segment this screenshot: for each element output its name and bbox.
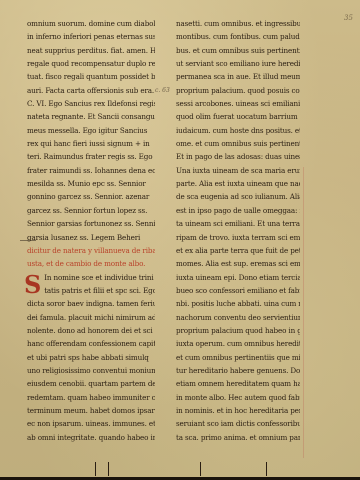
text-line: hanc offerendam confessionem capitis sci…	[27, 337, 155, 350]
text-line: meus messella. Ego igitur Sancius	[27, 124, 155, 137]
text-line: et cum omnibus pertinentiis que michi de…	[176, 351, 300, 364]
line-text: nachorum conventu deo servientium meum	[176, 313, 300, 322]
text-line: usta, et de cambio de monte albo.	[27, 257, 155, 270]
line-text: tuat. fisco regali quantum possidet blas…	[27, 72, 155, 81]
line-text: omnium suorum. domine cum diabolo	[27, 19, 155, 28]
folio-number: 35	[344, 14, 353, 22]
line-text: Una iuxta uineam de sca maria eruniua	[176, 166, 300, 175]
text-line: et ex alia parte terra que fuit de petro	[176, 244, 300, 257]
text-line: proprium palacium. quod posuis confessi	[176, 84, 300, 97]
line-text: iuxta operum. cum omnibus hereditatibus.	[176, 339, 300, 348]
text-line: et ubi patri sps habe abbati simulq	[27, 351, 155, 364]
text-line: bus. et cum omnibus suis pertinentiis.	[176, 44, 300, 57]
text-line: Et in pago de las adosas: duas uineas.	[176, 150, 300, 163]
line-text: montibus. cum fontibus. cum paludi	[176, 32, 300, 41]
text-line: rex qui hanc fieri iussi signum + in	[27, 137, 155, 150]
text-line: omnium suorum. domine cum diabolo	[27, 17, 155, 30]
text-line: C. VI. Ego Sancius rex Ildefonsi regis	[27, 97, 155, 110]
descender-stroke	[200, 462, 201, 476]
line-text: dei famula. placuit michi nimirum adsoqu…	[27, 313, 155, 322]
text-line: permanea sca in aue. Et illud meum	[176, 70, 300, 83]
line-text: gonnino garcez ss. Sennior. azenar	[27, 192, 149, 201]
left-column: omnium suorum. domine cum diaboloin infe…	[27, 17, 155, 444]
line-text: Sennior garsias fortunonez ss. Sennior	[27, 219, 155, 228]
line-text: nasetti. cum omnibus. et ingressibus. et	[176, 19, 300, 28]
text-line: eiusdem cenobii. quartam partem de	[27, 377, 155, 390]
line-text: C. VI. Ego Sancius rex Ildefonsi regis	[27, 99, 155, 108]
line-text: garsia lusanez ss. Legem Beheri	[27, 233, 140, 242]
text-line: de sca eugenia ad sco iulianum. Alia	[176, 190, 300, 203]
line-text: ab omni integritate. quando habeo in	[27, 433, 155, 442]
line-text: nateta regnante. Et Sancii consanguineo	[27, 112, 155, 121]
line-text: hanc offerendam confessionem capitis sci…	[27, 339, 155, 348]
text-line: mesilda ss. Munio epc ss. Sennior	[27, 177, 155, 190]
text-line: nbi. positis luche abbati. uina cum ma	[176, 297, 300, 310]
line-text: nbi. positis luche abbati. uina cum ma	[176, 299, 300, 308]
text-line: nasetti. cum omnibus. et ingressibus. et	[176, 17, 300, 30]
text-line: gonnino garcez ss. Sennior. azenar	[27, 190, 155, 203]
text-line: SIn nomine sce et individue trini	[27, 271, 155, 284]
text-line: dicitur de natera y villanueva de ribas	[27, 244, 155, 257]
text-line: ut serviant sco emiliano iure hereditari…	[176, 57, 300, 70]
text-line: momes. Alia est sup. eremas sci emilian:	[176, 257, 300, 270]
line-text: tatis patris et filii et spc sci. Ego qu…	[44, 286, 155, 295]
line-text: bus. et cum omnibus suis pertinentiis.	[176, 46, 300, 55]
line-text: est in ipso pago de ualle omeggaa: iux	[176, 206, 300, 215]
text-line: garcez ss. Sennior fortun lopez ss.	[27, 204, 155, 217]
line-text: in monte albo. Hec autem quod fabrica	[176, 393, 300, 402]
line-text: proprium palacium quod habeo in galliner…	[176, 326, 300, 335]
text-line: nateta regnante. Et Sancii consanguineo	[27, 110, 155, 123]
text-line: quod olim fuerat uocatum barrium	[176, 110, 300, 123]
line-text: In nomine sce et individue trini	[44, 273, 153, 282]
text-line: parte. Alia est iuxta uineam que naoit	[176, 177, 300, 190]
line-text: meus messella. Ego igitur Sancius	[27, 126, 147, 135]
text-line: iuxta operum. cum omnibus hereditatibus.	[176, 337, 300, 350]
descender-stroke	[266, 462, 267, 476]
text-line: tatis patris et filii et spc sci. Ego qu…	[44, 284, 155, 297]
text-line: terminum meum. habet domos ipsarum	[27, 404, 155, 417]
line-text: Et in pago de las adosas: duas uineas.	[176, 152, 300, 161]
line-text: sessi arcobones. uineas sci emiliani.	[176, 99, 300, 108]
line-text: proprium palacium. quod posuis confessi	[176, 86, 300, 95]
line-text: eiusdem cenobii. quartam partem de	[27, 379, 155, 388]
text-line: in inferno inferiori penas eternas susti	[27, 30, 155, 43]
line-text: in nominis. et in hoc hereditaria perme	[176, 406, 300, 415]
text-line: teri. Raimundus frater regis ss. Ego	[27, 150, 155, 163]
text-line: neat supprius perditus. fiat. amen. Hunc	[27, 44, 155, 57]
line-text: rex qui hanc fieri iussi signum + in	[27, 139, 150, 148]
text-line: regale quod recompensatur duplo resti	[27, 57, 155, 70]
decorated-initial: S	[24, 273, 41, 297]
line-text: permanea sca in aue. Et illud meum	[176, 72, 300, 81]
line-text: tur hereditario habere genuens. Dono	[176, 366, 300, 375]
line-text: seruiant sco iam dictis confessoribus. p…	[176, 419, 300, 428]
text-line: dei famula. placuit michi nimirum adsoqu…	[27, 311, 155, 324]
text-line: tuat. fisco regali quantum possidet blas…	[27, 70, 155, 83]
line-text: parte. Alia est iuxta uineam que naoit	[176, 179, 300, 188]
line-text: frater raimundi ss. Iohannes dena ec	[27, 166, 155, 175]
line-text: uno religiosissimo conventui monium	[27, 366, 155, 375]
text-line: etiam omnem hereditatem quam habeo	[176, 377, 300, 390]
line-text: et cum omnibus pertinentiis que michi de…	[176, 353, 300, 362]
text-line: ab omni integritate. quando habeo in	[27, 431, 155, 444]
line-text: momes. Alia est sup. eremas sci emilian:	[176, 259, 300, 268]
text-line: iudaicum. cum hoste dns positus. et cui	[176, 124, 300, 137]
line-text: regale quod recompensatur duplo resti	[27, 59, 155, 68]
line-text: quod olim fuerat uocatum barrium	[176, 112, 298, 121]
text-line: ta uineam sci emiliani. Et una terra sub…	[176, 217, 300, 230]
text-line: ripam de trovo. iuxta terram sci emilian…	[176, 231, 300, 244]
line-text: de sca eugenia ad sco iulianum. Alia	[176, 192, 300, 201]
line-text: ec non ipsarum. uineas. immunes. et terr…	[27, 419, 155, 428]
line-text: teri. Raimundus frater regis ss. Ego	[27, 152, 152, 161]
text-line: nolente. dono ad honorem dei et sci eius	[27, 324, 155, 337]
text-line: est in ipso pago de ualle omeggaa: iux	[176, 204, 300, 217]
text-line: Una iuxta uineam de sca maria eruniua	[176, 164, 300, 177]
text-line: ec non ipsarum. uineas. immunes. et terr…	[27, 417, 155, 430]
line-text: garcez ss. Sennior fortun lopez ss.	[27, 206, 147, 215]
line-text: iuxta uineam epi. Dono etiam tercia	[176, 273, 300, 282]
line-text: ome. et cum omnibus suis pertinentiis.	[176, 139, 300, 148]
text-line: garsia lusanez ss. Legem Beheri	[27, 231, 155, 244]
text-line: dicta soror baev indigna. tamen feriuge	[27, 297, 155, 310]
line-text: neat supprius perditus. fiat. amen. Hunc	[27, 46, 155, 55]
text-line: frater raimundi ss. Iohannes dena ec	[27, 164, 155, 177]
manuscript-page: 35 c. 63 omnium suorum. domine cum diabo…	[0, 0, 360, 480]
text-line: bueo sco confessori emiliano et fabrica,…	[176, 284, 300, 297]
line-text: usta, et de cambio de monte albo.	[27, 259, 145, 268]
text-line: Sennior garsias fortunonez ss. Sennior	[27, 217, 155, 230]
line-text: iudaicum. cum hoste dns positus. et cui	[176, 126, 300, 135]
right-column: nasetti. cum omnibus. et ingressibus. et…	[176, 17, 300, 444]
line-text: auri. Facta carta offersionis sub era. M…	[27, 86, 155, 95]
text-line: seruiant sco iam dictis confessoribus. p…	[176, 417, 300, 430]
line-text: nolente. dono ad honorem dei et sci eius	[27, 326, 155, 335]
text-line: iuxta uineam epi. Dono etiam tercia	[176, 271, 300, 284]
text-line: nachorum conventu deo servientium meum	[176, 311, 300, 324]
line-text: et ubi patri sps habe abbati simulq	[27, 353, 149, 362]
line-text: bueo sco confessori emiliano et fabrica,…	[176, 286, 300, 295]
line-text: mesilda ss. Munio epc ss. Sennior	[27, 179, 146, 188]
text-line: in nominis. et in hoc hereditaria perme	[176, 404, 300, 417]
text-line: uno religiosissimo conventui monium	[27, 364, 155, 377]
text-line: in monte albo. Hec autem quod fabrica	[176, 391, 300, 404]
line-text: in inferno inferiori penas eternas susti	[27, 32, 155, 41]
text-line: sessi arcobones. uineas sci emiliani.	[176, 97, 300, 110]
line-text: ripam de trovo. iuxta terram sci emilian…	[176, 233, 300, 242]
text-line: redemtam. quam habeo immuniter cepa	[27, 391, 155, 404]
text-line: tur hereditario habere genuens. Dono	[176, 364, 300, 377]
line-text: redemtam. quam habeo immuniter cepa	[27, 393, 155, 402]
line-text: terminum meum. habet domos ipsarum	[27, 406, 155, 415]
line-text: ta sca. primo anima. et omnium parentum	[176, 433, 300, 442]
text-line: ta sca. primo anima. et omnium parentum	[176, 431, 300, 444]
text-line: auri. Facta carta offersionis sub era. M…	[27, 84, 155, 97]
line-text: ut serviant sco emiliano iure hereditari…	[176, 59, 300, 68]
line-text: et ex alia parte terra que fuit de petro	[176, 246, 300, 255]
line-text: etiam omnem hereditatem quam habeo	[176, 379, 300, 388]
descender-stroke	[108, 462, 109, 476]
line-text: dicta soror baev indigna. tamen feriuge	[27, 299, 155, 308]
margin-note: c. 63	[155, 87, 170, 94]
text-line: ome. et cum omnibus suis pertinentiis.	[176, 137, 300, 150]
line-text: ta uineam sci emiliani. Et una terra sub…	[176, 219, 300, 228]
text-line: montibus. cum fontibus. cum paludi	[176, 30, 300, 43]
text-line: proprium palacium quod habeo in galliner…	[176, 324, 300, 337]
descender-stroke	[95, 462, 96, 476]
line-text: dicitur de natera y villanueva de ribas	[27, 246, 155, 255]
